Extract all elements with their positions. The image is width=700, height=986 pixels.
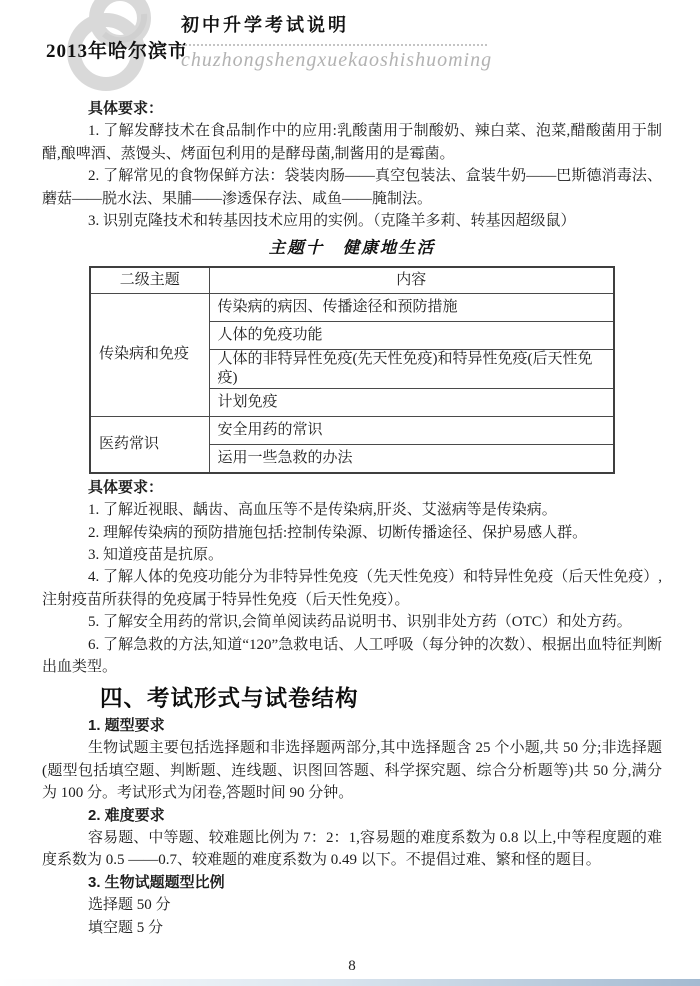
topic-table-title: 主题十 健康地生活 bbox=[42, 237, 662, 259]
requirements-2-item: 2. 理解传染病的预防措施包括:控制传染源、切断传播途径、保护易感人群。 bbox=[42, 522, 662, 544]
requirements-1-item: 2. 了解常见的食物保鲜方法：袋装肉肠——真空包装法、盒装牛奶——巴斯德消毒法、… bbox=[42, 165, 662, 210]
content-cell: 计划免疫 bbox=[209, 388, 614, 416]
requirements-2-label: 具体要求： bbox=[42, 477, 662, 499]
subsection-title-type-ratio: 3. 生物试题题型比例 bbox=[42, 872, 662, 894]
title-pinyin: chuzhongshengxuekaoshishuoming bbox=[181, 49, 492, 72]
subsection-paragraph: 生物试题主要包括选择题和非选择题两部分,其中选择题含 25 个小题,共 50 分… bbox=[42, 737, 662, 804]
subsection-title-difficulty: 2. 难度要求 bbox=[42, 805, 662, 827]
requirements-1-label: 具体要求： bbox=[42, 98, 662, 120]
header-title-block: 初中升学考试说明 chuzhongshengxuekaoshishuoming bbox=[181, 11, 492, 72]
document-page: 2013年哈尔滨市 初中升学考试说明 chuzhongshengxuekaosh… bbox=[0, 0, 700, 986]
page-number: 8 bbox=[42, 955, 662, 977]
requirements-2-item: 5. 了解安全用药的常识,会简单阅读药品说明书、识别非处方药（OTC）和处方药。 bbox=[42, 611, 662, 633]
content-cell: 运用一些急救的办法 bbox=[209, 444, 614, 473]
requirements-2-item: 1. 了解近视眼、龋齿、高血压等不是传染病,肝炎、艾滋病等是传染病。 bbox=[42, 499, 662, 521]
requirements-2-item: 4. 了解人体的免疫功能分为非特异性免疫（先天性免疫）和特异性免疫（后天性免疫）… bbox=[42, 566, 662, 611]
requirements-2-item: 3. 知道疫苗是抗原。 bbox=[42, 544, 662, 566]
requirements-1-item: 3. 识别克隆技术和转基因技术应用的实例。（克隆羊多莉、转基因超级鼠） bbox=[42, 210, 662, 232]
requirements-2-item: 6. 了解急救的方法,知道“120”急救电话、人工呼吸（每分钟的次数）、根据出血… bbox=[42, 634, 662, 679]
theme-cell-infection: 传染病和免疫 bbox=[90, 293, 209, 416]
requirements-1-item: 1. 了解发酵技术在食品制作中的应用:乳酸菌用于制酸奶、辣白菜、泡菜,醋酸菌用于… bbox=[42, 120, 662, 165]
table-header-row: 二级主题 内容 bbox=[90, 267, 614, 294]
content-cell: 人体的免疫功能 bbox=[209, 321, 614, 349]
subsection-title-question-types: 1. 题型要求 bbox=[42, 715, 662, 737]
table-row: 传染病和免疫 传染病的病因、传播途径和预防措施 bbox=[90, 293, 614, 321]
page-content: 具体要求： 1. 了解发酵技术在食品制作中的应用:乳酸菌用于制酸奶、辣白菜、泡菜… bbox=[0, 92, 700, 977]
topic-table: 二级主题 内容 传染病和免疫 传染病的病因、传播途径和预防措施 人体的免疫功能 … bbox=[89, 266, 615, 474]
page-header: 2013年哈尔滨市 初中升学考试说明 chuzhongshengxuekaosh… bbox=[0, 0, 700, 92]
score-line-choice: 选择题 50 分 bbox=[42, 894, 662, 916]
edition-label: 2013年哈尔滨市 bbox=[46, 36, 188, 63]
column-header-theme: 二级主题 bbox=[90, 267, 209, 294]
document-title: 初中升学考试说明 bbox=[181, 11, 492, 37]
score-line-blank: 填空题 5 分 bbox=[42, 917, 662, 939]
table-row: 医药常识 安全用药的常识 bbox=[90, 416, 614, 444]
content-cell: 安全用药的常识 bbox=[209, 416, 614, 444]
section-heading-exam-format: 四、考试形式与试卷结构 bbox=[100, 688, 662, 710]
bottom-gradient-bar bbox=[0, 979, 700, 986]
content-cell: 人体的非特异性免疫(先天性免疫)和特异性免疫(后天性免疫) bbox=[209, 349, 614, 388]
subsection-paragraph: 容易题、中等题、较难题比例为 7：2：1,容易题的难度系数为 0.8 以上,中等… bbox=[42, 827, 662, 872]
column-header-content: 内容 bbox=[209, 267, 614, 294]
content-cell: 传染病的病因、传播途径和预防措施 bbox=[209, 293, 614, 321]
theme-cell-medicine: 医药常识 bbox=[90, 416, 209, 473]
dotted-divider bbox=[181, 44, 487, 46]
